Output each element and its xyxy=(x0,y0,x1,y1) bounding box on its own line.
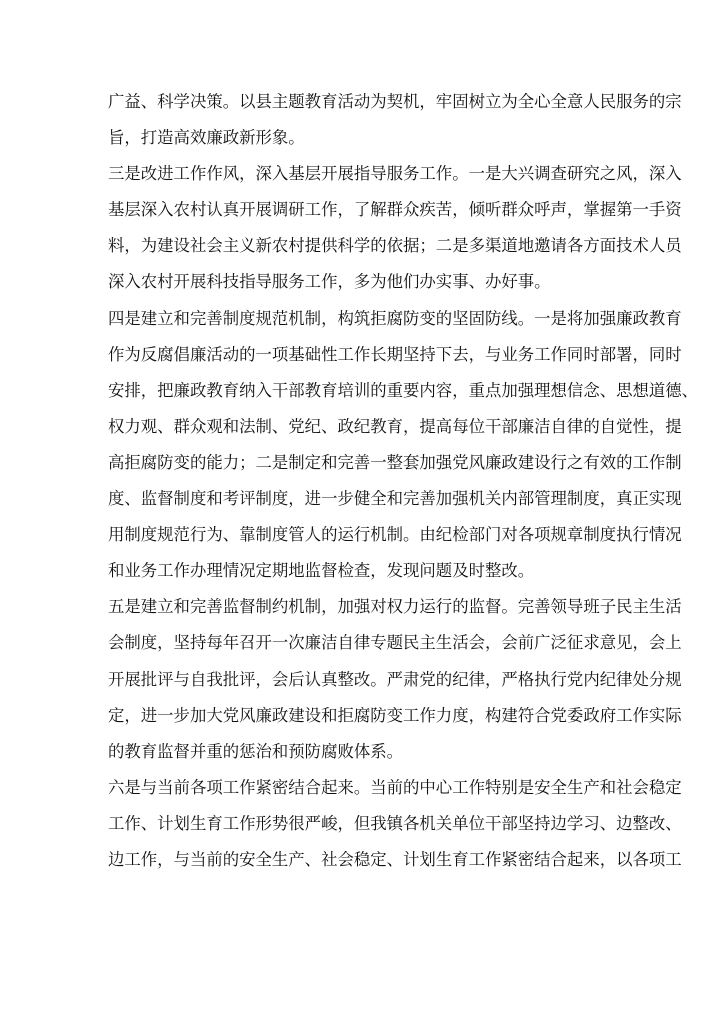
text-line: 料，为建设社会主义新农村提供科学的依据；二是多渠道地邀请各方面技术人员 xyxy=(108,228,614,264)
text-line: 作为反腐倡廉活动的一项基础性工作长期坚持下去，与业务工作同时部署，同时 xyxy=(108,337,614,373)
text-line: 度、监督制度和考评制度，进一步健全和完善加强机关内部管理制度，真正实现 xyxy=(108,481,614,517)
text-line: 的教育监督并重的惩治和预防腐败体系。 xyxy=(108,734,614,770)
text-line: 权力观、群众观和法制、党纪、政纪教育，提高每位干部廉洁自律的自觉性，提 xyxy=(108,409,614,445)
text-line: 会制度，坚持每年召开一次廉洁自律专题民主生活会，会前广泛征求意见，会上 xyxy=(108,625,614,661)
text-line: 深入农村开展科技指导服务工作，多为他们办实事、办好事。 xyxy=(108,264,614,300)
text-line: 开展批评与自我批评，会后认真整改。严肃党的纪律，严格执行党内纪律处分规 xyxy=(108,662,614,698)
paragraph-four: 四是建立和完善制度规范机制，构筑拒腐防变的坚固防线。一是将加强廉政教育 作为反腐… xyxy=(108,301,614,590)
text-line: 安排，把廉政教育纳入干部教育培训的重要内容，重点加强理想信念、思想道德、 xyxy=(108,373,614,409)
text-line: 三是改进工作作风，深入基层开展指导服务工作。一是大兴调查研究之风，深入 xyxy=(108,156,614,192)
paragraph-six: 六是与当前各项工作紧密结合起来。当前的中心工作特别是安全生产和社会稳定 工作、计… xyxy=(108,770,614,878)
text-line: 六是与当前各项工作紧密结合起来。当前的中心工作特别是安全生产和社会稳定 xyxy=(108,770,614,806)
text-line: 工作、计划生育工作形势很严峻，但我镇各机关单位干部坚持边学习、边整改、 xyxy=(108,806,614,842)
text-line: 高拒腐防变的能力；二是制定和完善一整套加强党风廉政建设行之有效的工作制 xyxy=(108,445,614,481)
document-page: 广益、科学决策。以县主题教育活动为契机，牢固树立为全心全意人民服务的宗 旨，打造… xyxy=(108,84,614,878)
text-line: 和业务工作办理情况定期地监督检查，发现问题及时整改。 xyxy=(108,553,614,589)
paragraph-continuation: 广益、科学决策。以县主题教育活动为契机，牢固树立为全心全意人民服务的宗 旨，打造… xyxy=(108,84,614,156)
text-line: 用制度规范行为、靠制度管人的运行机制。由纪检部门对各项规章制度执行情况 xyxy=(108,517,614,553)
text-line: 四是建立和完善制度规范机制，构筑拒腐防变的坚固防线。一是将加强廉政教育 xyxy=(108,301,614,337)
text-line: 定，进一步加大党风廉政建设和拒腐防变工作力度，构建符合党委政府工作实际 xyxy=(108,698,614,734)
text-line: 旨，打造高效廉政新形象。 xyxy=(108,120,614,156)
paragraph-three: 三是改进工作作风，深入基层开展指导服务工作。一是大兴调查研究之风，深入 基层深入… xyxy=(108,156,614,300)
text-line: 广益、科学决策。以县主题教育活动为契机，牢固树立为全心全意人民服务的宗 xyxy=(108,84,614,120)
text-line: 边工作，与当前的安全生产、社会稳定、计划生育工作紧密结合起来，以各项工 xyxy=(108,842,614,878)
text-line: 基层深入农村认真开展调研工作，了解群众疾苦，倾听群众呼声，掌握第一手资 xyxy=(108,192,614,228)
text-line: 五是建立和完善监督制约机制，加强对权力运行的监督。完善领导班子民主生活 xyxy=(108,589,614,625)
paragraph-five: 五是建立和完善监督制约机制，加强对权力运行的监督。完善领导班子民主生活 会制度，… xyxy=(108,589,614,769)
